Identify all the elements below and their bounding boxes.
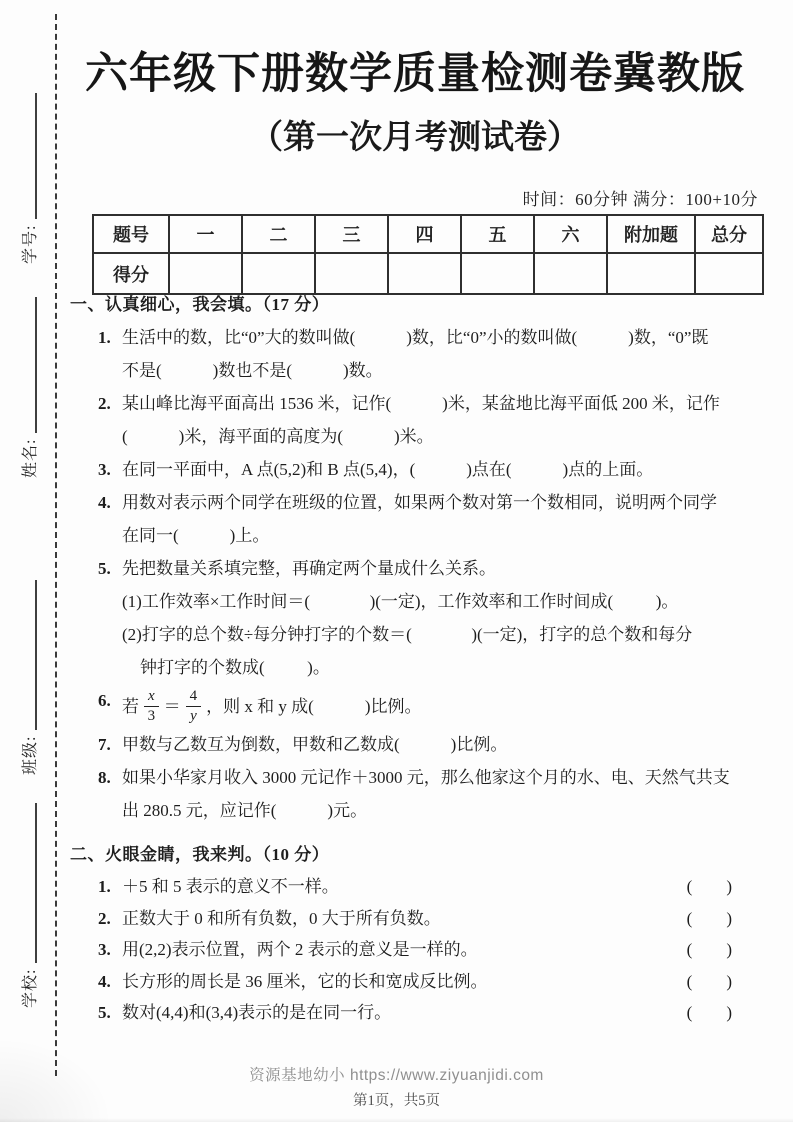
score-table-cell-6: 六 (534, 215, 607, 253)
question-number: 1. (98, 871, 111, 903)
question-8: 8. 如果小华家月收入 3000 元记作＋3000 元，那么他家这个月的水、电、… (70, 761, 760, 827)
class-label: 班级: (17, 736, 40, 775)
score-table-cell-bonus: 附加题 (607, 215, 695, 253)
fraction-denominator: y (190, 707, 197, 725)
judge-question-2: 2. 正数大于 0 和所有负数，0 大于所有负数。 ( ) (70, 903, 760, 935)
question-subitem-2-cont: 钟打字的个数成( )。 (122, 651, 760, 684)
question-7: 7. 甲数与乙数互为倒数，甲数和乙数成( )比例。 (70, 728, 760, 761)
section2-heading: 二、火眼金睛，我来判。（10 分） (70, 838, 760, 871)
question-number: 2. (98, 387, 111, 420)
section1-heading: 一、认真细心，我会填。（17 分） (70, 288, 760, 321)
student-id-field: 学号: (16, 82, 40, 264)
judge-text: 长方形的周长是 36 厘米，它的长和宽成反比例。 (122, 972, 488, 991)
question-6: 6. 若 x 3 ＝ 4 y ，则 x 和 y 成( )比例。 (70, 684, 760, 728)
judge-answer-parens: ( ) (687, 966, 732, 998)
question-number: 5. (98, 997, 111, 1029)
judge-question-3: 3. 用(2,2)表示位置，两个 2 表示的意义是一样的。 ( ) (70, 934, 760, 966)
question-line: 用数对表示两个同学在班级的位置，如果两个数对第一个数相同，说明两个同学 (122, 486, 760, 519)
question-line: 出 280.5 元，应记作( )元。 (122, 794, 760, 827)
paper-title: 六年级下册数学质量检测卷冀教版 (70, 40, 760, 101)
fraction-suffix: ，则 x 和 y 成( )比例。 (206, 690, 421, 723)
question-number: 1. (98, 321, 111, 354)
question-number: 3. (98, 453, 111, 486)
score-table-cell-tihao: 题号 (93, 215, 169, 253)
student-name-field: 姓名: (16, 286, 40, 478)
judge-text: 正数大于 0 和所有负数，0 大于所有负数。 (122, 909, 441, 928)
judge-answer-parens: ( ) (687, 871, 732, 903)
student-id-blank-line (35, 93, 37, 219)
footer-source-link: 资源基地幼小 https://www.ziyuanjidi.com (0, 1063, 793, 1085)
question-number: 5. (98, 552, 111, 585)
paper-body: 一、认真细心，我会填。（17 分） 1. 生活中的数，比“0”大的数叫做( )数… (70, 288, 760, 1029)
score-table-cell-1: 一 (169, 215, 242, 253)
question-number: 4. (98, 966, 111, 998)
question-number: 8. (98, 761, 111, 794)
judge-text: 数对(4,4)和(3,4)表示的是在同一行。 (122, 1003, 391, 1022)
judge-question-4: 4. 长方形的周长是 36 厘米，它的长和宽成反比例。 ( ) (70, 966, 760, 998)
fraction-x-over-3: x 3 (144, 688, 159, 725)
question-number: 2. (98, 903, 111, 935)
question-line: 不是( )数也不是( )数。 (122, 354, 760, 387)
exam-paper-page: 学号: 姓名: 班级: 学校: 六年级下册数学质量检测卷冀教版 （第一次月考测试… (0, 0, 793, 1122)
question-line: 在同一平面中，A 点(5,2)和 B 点(5,4)，( )点在( )点的上面。 (122, 453, 760, 486)
school-field: 学校: (16, 788, 40, 1008)
judge-answer-parens: ( ) (687, 934, 732, 966)
judge-text: ＋5 和 5 表示的意义不一样。 (122, 877, 339, 896)
question-number: 4. (98, 486, 111, 519)
question-line: 先把数量关系填完整，再确定两个量成什么关系。 (122, 552, 760, 585)
fraction-denominator: 3 (148, 707, 156, 725)
fraction-numerator: x (144, 688, 159, 707)
question-2: 2. 某山峰比海平面高出 1536 米，记作( )米，某盆地比海平面低 200 … (70, 387, 760, 453)
score-table-cell-3: 三 (315, 215, 388, 253)
judge-answer-parens: ( ) (687, 997, 732, 1029)
score-table-cell-2: 二 (242, 215, 315, 253)
fraction-prefix: 若 (122, 690, 139, 723)
class-blank-line (35, 580, 37, 730)
question-line: 如果小华家月收入 3000 元记作＋3000 元，那么他家这个月的水、电、天然气… (122, 761, 760, 794)
question-number: 6. (98, 684, 111, 717)
question-4: 4. 用数对表示两个同学在班级的位置，如果两个数对第一个数相同，说明两个同学 在… (70, 486, 760, 552)
score-table-cell-5: 五 (461, 215, 534, 253)
question-subitem-2: (2)打字的总个数÷每分钟打字的个数＝( )(一定)，打字的总个数和每分 (122, 618, 760, 651)
student-id-label: 学号: (17, 225, 40, 264)
question-line: 在同一( )上。 (122, 519, 760, 552)
score-table-header-row: 题号 一 二 三 四 五 六 附加题 总分 (93, 215, 763, 253)
score-table-cell-total: 总分 (695, 215, 763, 253)
question-line-with-fractions: 若 x 3 ＝ 4 y ，则 x 和 y 成( )比例。 (122, 684, 760, 728)
question-number: 3. (98, 934, 111, 966)
equals-sign: ＝ (164, 690, 181, 723)
question-line: 生活中的数，比“0”大的数叫做( )数，比“0”小的数叫做( )数，“0”既 (122, 321, 760, 354)
school-label: 学校: (17, 969, 40, 1008)
question-line: 甲数与乙数互为倒数，甲数和乙数成( )比例。 (122, 728, 760, 761)
student-name-label: 姓名: (17, 439, 40, 478)
question-3: 3. 在同一平面中，A 点(5,2)和 B 点(5,4)，( )点在( )点的上… (70, 453, 760, 486)
footer-page-number: 第1页，共5页 (0, 1089, 793, 1110)
paper-subtitle: （第一次月考测试卷） (70, 111, 760, 158)
judge-text: 用(2,2)表示位置，两个 2 表示的意义是一样的。 (122, 940, 478, 959)
question-line: 某山峰比海平面高出 1536 米，记作( )米，某盆地比海平面低 200 米，记… (122, 387, 760, 420)
question-subitem-1: (1)工作效率×工作时间＝( )(一定)，工作效率和工作时间成( )。 (122, 585, 760, 618)
judge-question-5: 5. 数对(4,4)和(3,4)表示的是在同一行。 ( ) (70, 997, 760, 1029)
student-name-blank-line (35, 297, 37, 433)
judge-question-1: 1. ＋5 和 5 表示的意义不一样。 ( ) (70, 871, 760, 903)
school-blank-line (35, 803, 37, 963)
question-number: 7. (98, 728, 111, 761)
score-table: 题号 一 二 三 四 五 六 附加题 总分 得分 (92, 214, 764, 295)
judge-answer-parens: ( ) (687, 903, 732, 935)
fraction-numerator: 4 (186, 688, 202, 707)
question-5: 5. 先把数量关系填完整，再确定两个量成什么关系。 (1)工作效率×工作时间＝(… (70, 552, 760, 684)
class-field: 班级: (16, 567, 40, 775)
time-and-score-info: 时间：60分钟 满分：100+10分 (70, 185, 758, 210)
fraction-4-over-y: 4 y (186, 688, 202, 725)
question-line: ( )米，海平面的高度为( )米。 (122, 420, 760, 453)
seal-dashed-line (55, 14, 57, 1076)
score-table-cell-4: 四 (388, 215, 461, 253)
question-1: 1. 生活中的数，比“0”大的数叫做( )数，比“0”小的数叫做( )数，“0”… (70, 321, 760, 387)
